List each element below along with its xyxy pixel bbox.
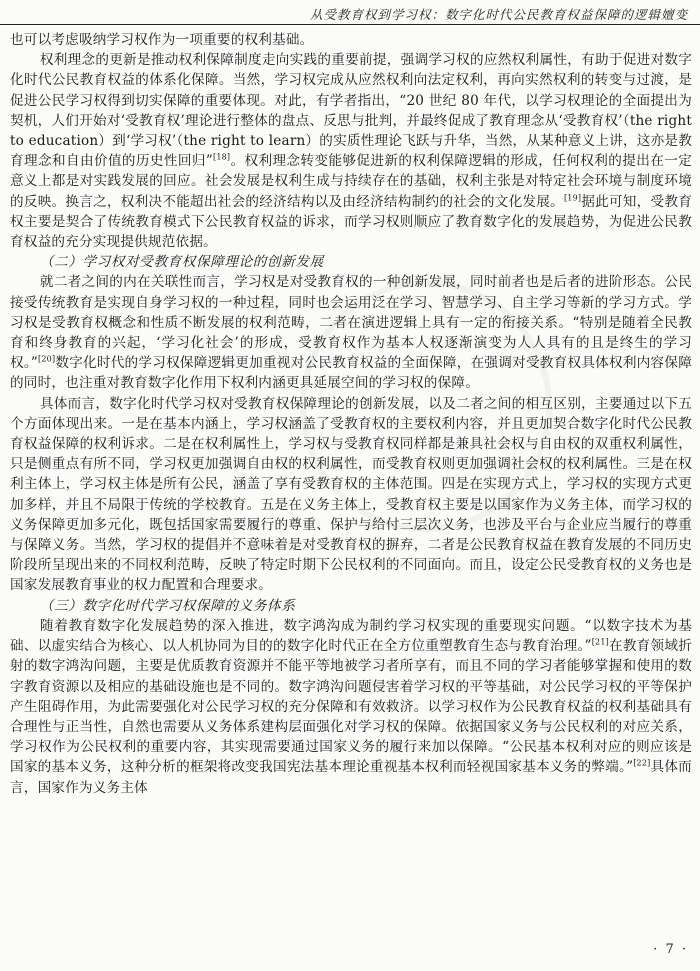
citation-ref: [21]	[592, 638, 609, 647]
paragraph: 随着教育数字化发展趋势的深入推进，数字鸿沟成为制约学习权实现的重要现实问题。“以…	[10, 616, 692, 798]
article-body: 也可以考虑吸纳学习权作为一项重要的权利基础。 权利理念的更新是推动权利保障制度走…	[10, 30, 692, 798]
paragraph: 具体而言，数字化时代学习权对受教育权保障理论的创新发展，以及二者之间的相互区别，…	[10, 394, 692, 596]
section-heading: （三）数字化时代学习权保障的义务体系	[10, 596, 692, 616]
running-title: 从受教育权到学习权：数字化时代公民教育权益保障的逻辑嬗变	[310, 5, 688, 23]
citation-ref: [19]	[564, 193, 581, 202]
section-heading: （二）学习权对受教育权保障理论的创新发展	[10, 252, 692, 272]
page-number: · 7 ·	[653, 942, 688, 957]
citation-ref: [22]	[633, 759, 650, 768]
citation-ref: [18]	[213, 153, 230, 162]
paragraph: 权利理念的更新是推动权利保障制度走向实践的重要前提，强调学习权的应然权利属性，有…	[10, 50, 692, 252]
running-header: 从受教育权到学习权：数字化时代公民教育权益保障的逻辑嬗变	[0, 0, 700, 25]
citation-ref: [20]	[38, 355, 55, 364]
paragraph: 也可以考虑吸纳学习权作为一项重要的权利基础。	[10, 30, 692, 50]
paragraph: 就二者之间的内在关联性而言，学习权是对受教育权的一种创新发展，同时前者也是后者的…	[10, 272, 692, 393]
